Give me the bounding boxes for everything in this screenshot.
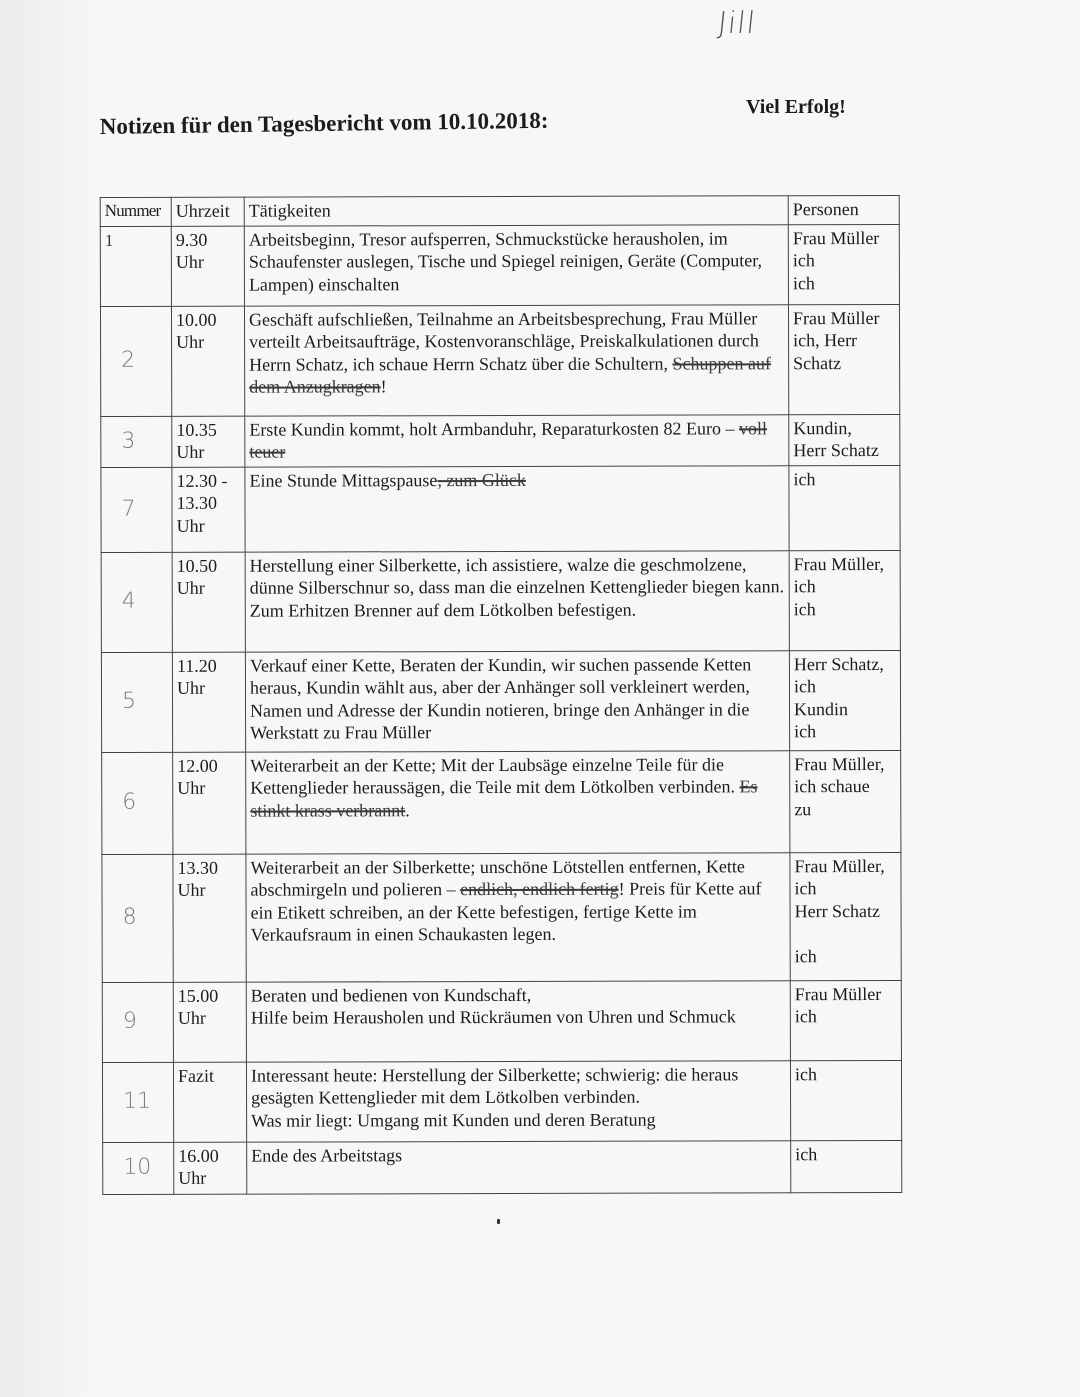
person-text: Frau Müller (795, 982, 897, 1005)
person-text: ich schaue (794, 775, 896, 798)
persons-cell: Frau Müller,ichHerr Schatz ich (790, 852, 901, 980)
person-text: Herr Schatz (793, 439, 895, 462)
time-text: 13.30 (177, 856, 241, 879)
activity-text: Was mir liegt: Umgang mit Kunden und der… (251, 1109, 656, 1130)
persons-cell: Kundin,Herr Schatz (789, 414, 900, 465)
person-text: zu (794, 797, 896, 820)
time-text: Uhr (177, 677, 241, 700)
table-body: 19.30UhrArbeitsbeginn, Tresor aufsperren… (100, 224, 902, 1194)
handwritten-row-number: 11 (123, 1091, 151, 1114)
handwritten-row-number: 5 (122, 691, 136, 714)
persons-cell: Frau Müllerich, HerrSchatz (788, 304, 899, 414)
scan-edge-shadow (0, 0, 100, 1397)
activity-cell: Geschäft aufschließen, Teilnahme an Arbe… (244, 304, 788, 415)
time-text: 12.30 - (176, 469, 240, 492)
row-number-cell: 6 (102, 752, 173, 854)
time-text: 13.30 (176, 492, 240, 515)
time-text: 10.00 (176, 308, 240, 331)
time-text: 10.35 (176, 418, 240, 441)
persons-cell: ich (791, 1140, 902, 1192)
time-text: 16.00 (178, 1144, 242, 1167)
activity-cell: Ende des Arbeitstags (247, 1140, 791, 1193)
time-text: 9.30 (176, 228, 240, 251)
row-number-cell: 8 (102, 854, 173, 982)
person-text: ich (795, 1142, 897, 1165)
person-text: Frau Müller, (794, 854, 896, 877)
time-text: Uhr (176, 441, 240, 464)
table-row: 915.00UhrBeraten und bedienen von Kundsc… (102, 980, 901, 1062)
row-number-cell: 3 (101, 416, 172, 467)
person-text: ich (793, 249, 895, 272)
row-number-cell: 1 (100, 226, 171, 306)
person-text: Kundin (794, 697, 896, 720)
handwritten-row-number: 4 (122, 591, 136, 614)
persons-cell: ich (790, 1060, 901, 1140)
activity-cell: Arbeitsbeginn, Tresor aufsperren, Schmuc… (244, 224, 788, 305)
time-text: Fazit (178, 1064, 242, 1087)
handwritten-row-number: 7 (121, 498, 135, 521)
time-cell: 10.00Uhr (171, 306, 244, 416)
time-cell: 10.35Uhr (172, 416, 245, 467)
struck-through-text: endlich, endlich fertig (460, 879, 619, 899)
time-text: Uhr (177, 577, 241, 600)
time-text: 15.00 (178, 984, 242, 1007)
row-number-cell: 11 (102, 1062, 173, 1142)
person-text (795, 922, 897, 945)
table-row: 612.00UhrWeiterarbeit an der Kette; Mit … (102, 750, 901, 854)
person-text: Herr Schatz (795, 899, 897, 922)
activity-cell: Erste Kundin kommt, holt Armbanduhr, Rep… (245, 414, 789, 466)
person-text: Kundin, (793, 416, 895, 439)
handwritten-row-number: 9 (123, 1011, 137, 1034)
daily-report-table: Nummer Uhrzeit Tätigkeiten Personen 19.3… (100, 195, 903, 1195)
activity-text: Weiterarbeit an der Kette; Mit der Laubs… (250, 754, 739, 798)
row-number-cell: 7 (101, 467, 172, 552)
person-text: ich (795, 1062, 897, 1085)
activity-cell: Interessant heute: Herstellung der Silbe… (246, 1060, 790, 1141)
person-text: ich (793, 271, 895, 294)
time-cell: 11.20Uhr (172, 652, 245, 752)
handwritten-row-number: 2 (121, 350, 135, 373)
person-text: Frau Müller, (794, 552, 896, 575)
person-text: Frau Müller (793, 306, 895, 329)
table-row: 712.30 -13.30UhrEine Stunde Mittagspause… (101, 465, 900, 552)
handwritten-signature: Jill (716, 6, 758, 41)
table-row: 11FazitInteressant heute: Herstellung de… (102, 1060, 901, 1142)
good-luck-note: Viel Erfolg! (746, 96, 846, 119)
activity-cell: Weiterarbeit an der Silberkette; unschön… (246, 852, 790, 981)
activity-text: Verkauf einer Kette, Beraten der Kundin,… (250, 654, 751, 743)
handwritten-row-number: 10 (123, 1157, 151, 1180)
person-text: ich (793, 467, 895, 490)
persons-cell: Frau Müllerichich (788, 224, 899, 304)
time-text: Uhr (176, 331, 240, 354)
persons-cell: Frau Müllerich (790, 980, 901, 1060)
person-text: Frau Müller (793, 226, 895, 249)
persons-cell: Herr Schatz,ichKundinich (789, 650, 900, 750)
row-number-cell: 5 (101, 652, 172, 752)
table-row: 1016.00UhrEnde des Arbeitstagsich (103, 1140, 902, 1194)
handwritten-row-number: 8 (123, 907, 137, 930)
column-header-activities: Tätigkeiten (244, 196, 788, 226)
activity-text: Hilfe beim Herausholen und Rückräumen vo… (251, 1006, 736, 1027)
time-text: 12.00 (177, 754, 241, 777)
time-cell: 16.00Uhr (174, 1142, 247, 1194)
time-text: Uhr (178, 1167, 242, 1190)
activity-text: Arbeitsbeginn, Tresor aufsperren, Schmuc… (249, 228, 762, 294)
document-title: Notizen für den Tagesbericht vom 10.10.2… (100, 108, 549, 140)
activity-text: Ende des Arbeitstags (251, 1145, 402, 1165)
table-row: 511.20UhrVerkauf einer Kette, Beraten de… (101, 650, 900, 752)
person-text: ich (794, 720, 896, 743)
row-number-cell: 4 (101, 552, 172, 652)
person-text: Herr Schatz, (794, 652, 896, 675)
persons-cell: Frau Müller,ich schauezu (790, 750, 901, 852)
time-cell: Fazit (173, 1062, 246, 1142)
time-text: 10.50 (177, 554, 241, 577)
row-number: 1 (105, 231, 114, 250)
handwritten-row-number: 6 (122, 792, 136, 815)
activity-cell: Weiterarbeit an der Kette; Mit der Laubs… (246, 750, 790, 853)
activity-text: Herstellung einer Silberkette, ich assis… (250, 554, 784, 620)
time-text: Uhr (178, 1007, 242, 1030)
time-text: 11.20 (177, 654, 241, 677)
person-text: Frau Müller, (794, 752, 896, 775)
table-row: 813.30UhrWeiterarbeit an der Silberkette… (102, 852, 901, 982)
table-row: 210.00UhrGeschäft aufschließen, Teilnahm… (100, 304, 899, 416)
activity-text: ! (381, 376, 387, 396)
table-row: 19.30UhrArbeitsbeginn, Tresor aufsperren… (100, 224, 899, 306)
time-text: Uhr (176, 251, 240, 274)
activity-cell: Beraten und bedienen von Kundschaft,Hilf… (246, 980, 790, 1061)
person-text: Schatz (793, 351, 895, 374)
table-row: 410.50UhrHerstellung einer Silberkette, … (101, 550, 900, 652)
time-cell: 10.50Uhr (172, 552, 245, 652)
person-text: ich (795, 944, 897, 967)
row-number-cell: 10 (103, 1142, 174, 1194)
person-text: ich (794, 675, 896, 698)
activity-text: . (405, 800, 410, 820)
column-header-persons: Personen (788, 195, 899, 224)
persons-cell: ich (789, 465, 900, 550)
time-cell: 12.30 -13.30Uhr (172, 467, 245, 552)
time-text: Uhr (177, 514, 241, 537)
time-text: Uhr (177, 879, 241, 902)
activity-text: Eine Stunde Mittagspause (249, 470, 437, 490)
activity-cell: Herstellung einer Silberkette, ich assis… (245, 550, 789, 651)
time-cell: 15.00Uhr (173, 982, 246, 1062)
person-text: ich (794, 597, 896, 620)
scan-speck (497, 1219, 500, 1224)
persons-cell: Frau Müller,ichich (789, 550, 900, 650)
row-number-cell: 9 (102, 982, 173, 1062)
column-header-time: Uhrzeit (171, 197, 244, 226)
activity-text: Interessant heute: Herstellung der Silbe… (251, 1064, 738, 1108)
activity-cell: Eine Stunde Mittagspause, zum Glück (245, 465, 789, 551)
activity-cell: Verkauf einer Kette, Beraten der Kundin,… (245, 650, 789, 751)
time-cell: 9.30Uhr (171, 226, 244, 306)
struck-through-text: , zum Glück (437, 469, 526, 489)
table-header-row: Nummer Uhrzeit Tätigkeiten Personen (100, 195, 899, 226)
person-text: ich (794, 575, 896, 598)
person-text: ich (795, 1005, 897, 1028)
handwritten-row-number: 3 (121, 430, 135, 453)
time-cell: 13.30Uhr (173, 854, 246, 982)
activity-text: Erste Kundin kommt, holt Armbanduhr, Rep… (249, 418, 739, 439)
person-text: ich, Herr (793, 329, 895, 352)
table-row: 310.35UhrErste Kundin kommt, holt Armban… (101, 414, 900, 467)
activity-text: Beraten und bedienen von Kundschaft, (251, 984, 531, 1005)
column-header-number: Nummer (100, 197, 171, 226)
row-number-cell: 2 (100, 306, 171, 416)
person-text: ich (794, 877, 896, 900)
time-text: Uhr (177, 777, 241, 800)
time-cell: 12.00Uhr (173, 752, 246, 854)
